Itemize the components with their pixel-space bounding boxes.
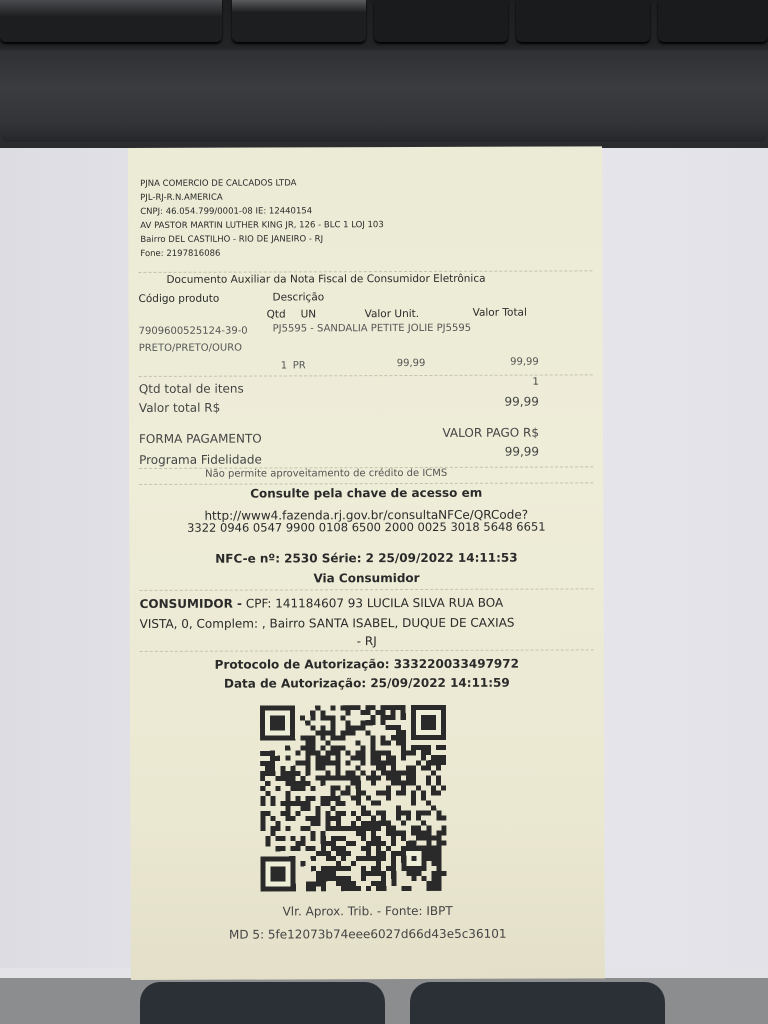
keyboard xyxy=(0,0,768,148)
payment-amount: 99,99 xyxy=(505,445,539,459)
consult-heading: Consulte pela chave de acesso em xyxy=(129,485,603,501)
column-unit-value: Valor Unit. xyxy=(365,308,420,320)
payment-method: Programa Fidelidade xyxy=(139,453,262,467)
document-title: Documento Auxiliar da Nota Fiscal de Con… xyxy=(166,273,485,286)
issuer-cnpj: CNPJ: 46.054.799/0001-08 IE: 12440154 xyxy=(140,205,312,219)
consumer-line-2: VISTA, 0, Complem: , Bairro SANTA ISABEL… xyxy=(140,616,515,631)
issuer-district: Bairro DEL CASTILHO - RIO DE JANEIRO - R… xyxy=(140,233,323,247)
payment-method-header: FORMA PAGAMENTO xyxy=(139,432,262,446)
column-total-value: Valor Total xyxy=(473,307,527,319)
keyboard-key xyxy=(0,0,222,42)
receipt: PJNA COMERCIO DE CALCADOS LTDA PJL-RJ-R.… xyxy=(128,146,605,980)
qty-total-value: 1 xyxy=(532,377,538,388)
via-consumidor: Via Consumidor xyxy=(129,570,603,586)
shoe-left xyxy=(140,982,385,1024)
item-unit-value: 99,99 xyxy=(397,358,426,369)
consumer-line-1: CONSUMIDOR - CPF: 141184607 93 LUCILA SI… xyxy=(140,596,504,611)
column-unit: UN xyxy=(301,308,317,320)
item-unit: PR xyxy=(293,360,306,371)
total-value: 99,99 xyxy=(505,395,539,409)
item-description: PJ5595 - SANDALIA PETITE JOLIE PJ5595 xyxy=(273,323,471,335)
item-qty: 1 xyxy=(281,360,287,371)
issuer-branch: PJL-RJ-R.N.AMERICA xyxy=(140,192,223,205)
authorization-protocol: Protocolo de Autorização: 33322003349797… xyxy=(130,656,604,672)
keyboard-key xyxy=(516,0,650,42)
consumer-cpf-name: CPF: 141184607 93 LUCILA SILVA RUA BOA xyxy=(242,596,503,611)
keyboard-key xyxy=(232,0,366,42)
keyboard-key xyxy=(374,0,508,42)
item-total-value: 99,99 xyxy=(510,357,539,368)
item-code: 7909600525124-39-0 xyxy=(139,326,248,337)
column-code: Código produto xyxy=(139,293,220,305)
item-variant: PRETO/PRETO/OURO xyxy=(139,343,242,354)
md5-hash: MD 5: 5fe12073b74eee6027d66d43e5c36101 xyxy=(131,926,605,942)
qty-total-label: Qtd total de itens xyxy=(139,382,244,396)
authorization-date: Data de Autorização: 25/09/2022 14:11:59 xyxy=(130,675,604,691)
shoe-right xyxy=(410,982,665,1024)
issuer-phone: Fone: 2197816086 xyxy=(140,248,220,261)
consumer-label: CONSUMIDOR - xyxy=(140,597,242,611)
divider xyxy=(139,374,593,377)
nfce-number: NFC-e nº: 2530 Série: 2 25/09/2022 14:11… xyxy=(129,550,603,566)
icms-note: Não permite aproveitamento de crédito de… xyxy=(205,468,447,480)
payment-paid-header: VALOR PAGO R$ xyxy=(442,426,539,440)
divider xyxy=(140,649,594,652)
column-qty: Qtd xyxy=(267,308,286,320)
qr-code-icon[interactable] xyxy=(260,705,447,892)
consumer-line-3: - RJ xyxy=(130,633,604,649)
keyboard-key xyxy=(658,0,768,42)
issuer-name: PJNA COMERCIO DE CALCADOS LTDA xyxy=(140,177,296,191)
divider xyxy=(139,482,593,485)
column-description: Descrição xyxy=(273,291,325,303)
tax-note: Vlr. Aprox. Trib. - Fonte: IBPT xyxy=(131,903,605,919)
issuer-address: AV PASTOR MARTIN LUTHER KING JR, 126 - B… xyxy=(140,219,384,233)
access-key: 3322 0946 0547 9900 0108 6500 2000 0025 … xyxy=(129,519,603,535)
total-value-label: Valor total R$ xyxy=(139,401,220,415)
divider xyxy=(140,588,594,591)
keyboard-wrist-rest xyxy=(0,50,768,142)
